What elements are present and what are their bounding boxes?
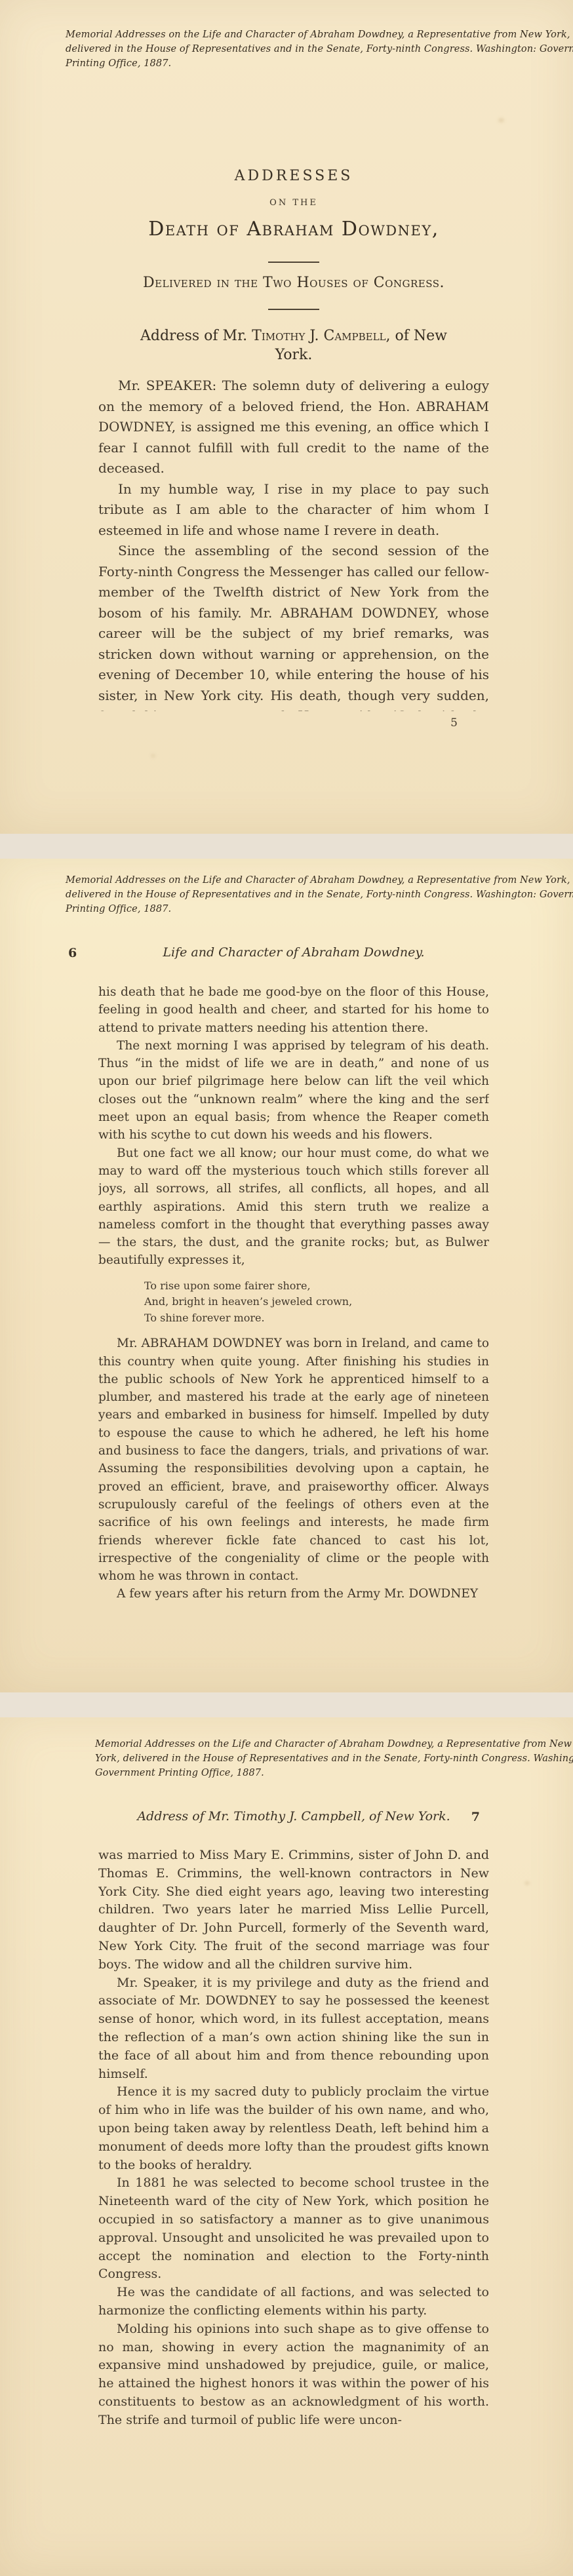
body-paragraph: Mr. ABRAHAM DOWDNEY was born in Ireland,…	[98, 1335, 489, 1585]
page-scan-6: Memorial Addresses on the Life and Chara…	[0, 859, 573, 1692]
source-citation: Memorial Addresses on the Life and Chara…	[95, 1737, 573, 1780]
running-title: Address of Mr. Timothy J. Campbell, of N…	[98, 1809, 489, 1824]
citation-line: Memorial Addresses on the Life and Chara…	[95, 1737, 573, 1751]
body-paragraph: Molding his opinions into such shape as …	[98, 2320, 489, 2430]
citation-line: York, delivered in the House of Represen…	[95, 1751, 573, 1766]
divider-rule	[268, 262, 319, 263]
page-folio: 5	[98, 716, 489, 730]
source-citation: Memorial Addresses on the Life and Chara…	[66, 873, 573, 916]
verse-line: To shine forever more.	[144, 1310, 489, 1327]
foxing-spot	[151, 754, 155, 758]
page-column: Address of Mr. Timothy J. Campbell, of N…	[98, 1809, 489, 2463]
body-paragraph: A few years after his return from the Ar…	[98, 1585, 489, 1603]
divider-rule	[268, 309, 319, 310]
citation-line: Memorial Addresses on the Life and Chara…	[66, 28, 573, 42]
foxing-spot	[524, 1881, 530, 1885]
body-paragraph: The next morning I was apprised by teleg…	[98, 1037, 489, 1144]
running-header: Address of Mr. Timothy J. Campbell, of N…	[98, 1809, 489, 1825]
verse-line: And, bright in heaven’s jeweled crown,	[144, 1294, 489, 1310]
page-scan-7: Memorial Addresses on the Life and Chara…	[0, 1717, 573, 2576]
citation-line: delivered in the House of Representative…	[66, 42, 573, 56]
speaker-name: Timothy J. Campbell	[252, 328, 385, 344]
page-scan-5: Memorial Addresses on the Life and Chara…	[0, 0, 573, 834]
page-body: his death that he bade me good-bye on th…	[98, 983, 489, 1670]
citation-line: delivered in the House of Representative…	[66, 888, 573, 902]
citation-line: Printing Office, 1887.	[66, 902, 573, 916]
citation-line: Memorial Addresses on the Life and Chara…	[66, 873, 573, 888]
body-paragraph: was married to Miss Mary E. Crimmins, si…	[98, 1846, 489, 1974]
page-body: Mr. SPEAKER: The solemn duty of deliveri…	[98, 376, 489, 711]
delivered-heading: Delivered in the Two Houses of Congress.	[98, 275, 489, 291]
page-number: 6	[68, 946, 77, 960]
page-body: was married to Miss Mary E. Crimmins, si…	[98, 1846, 489, 2463]
title-page-column: ADDRESSES ON THE Death of Abraham Dowdne…	[98, 168, 489, 730]
address-heading-prefix: Address of Mr.	[140, 328, 252, 344]
page-number: 7	[471, 1810, 480, 1824]
address-heading: Address of Mr. Timothy J. Campbell, of N…	[122, 326, 465, 364]
page-column: 6 Life and Character of Abraham Dowdney.…	[98, 945, 489, 1670]
body-paragraph: He was the candidate of all factions, an…	[98, 2284, 489, 2320]
series-title: ADDRESSES	[98, 168, 489, 184]
body-paragraph: Hence it is my sacred duty to publicly p…	[98, 2083, 489, 2174]
body-paragraph: In 1881 he was selected to become school…	[98, 2174, 489, 2284]
running-title: Life and Character of Abraham Dowdney.	[98, 945, 489, 960]
memorial-title: Death of Abraham Dowdney,	[98, 218, 489, 241]
scan-gap	[0, 834, 573, 859]
running-header: 6 Life and Character of Abraham Dowdney.	[98, 945, 489, 961]
body-paragraph: Mr. SPEAKER: The solemn duty of deliveri…	[98, 376, 489, 479]
citation-line: Printing Office, 1887.	[66, 56, 573, 71]
verse-quote: To rise upon some fairer shore, And, bri…	[144, 1278, 489, 1327]
body-paragraph: But one fact we all know; our hour must …	[98, 1144, 489, 1270]
foxing-spot	[498, 118, 504, 123]
body-paragraph: his death that he bade me good-bye on th…	[98, 983, 489, 1037]
series-subtitle: ON THE	[98, 198, 489, 208]
body-paragraph: In my humble way, I rise in my place to …	[98, 479, 489, 541]
scanned-document: Memorial Addresses on the Life and Chara…	[0, 0, 573, 2576]
body-paragraph: Since the assembling of the second sessi…	[98, 541, 489, 711]
body-paragraph: Mr. Speaker, it is my privilege and duty…	[98, 1974, 489, 2084]
citation-line: Government Printing Office, 1887.	[95, 1766, 573, 1780]
source-citation: Memorial Addresses on the Life and Chara…	[66, 28, 573, 71]
verse-line: To rise upon some fairer shore,	[144, 1278, 489, 1295]
scan-gap	[0, 1692, 573, 1717]
